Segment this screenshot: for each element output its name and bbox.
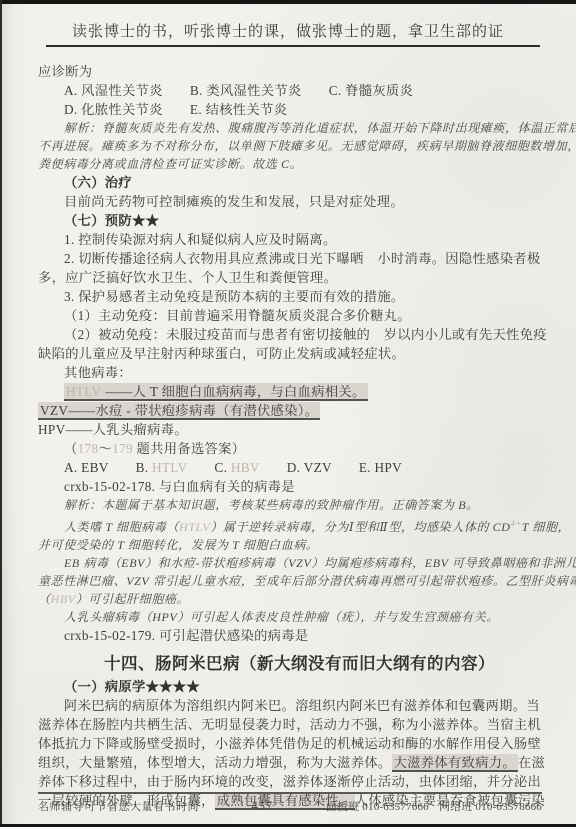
text-segment: （七）预防★★ xyxy=(64,213,159,228)
text-line: 2. 切断传播途径病人衣物用具应煮沸或日光下曝晒 小时消毒。因隐性感染者极 xyxy=(38,249,542,268)
text-segment: 粪便病毒分离或血清检查可证实诊断。故选 C。 xyxy=(38,157,302,171)
text-line: 养体下移过程中，由于肠内环境的改变，滋养体逐渐停止活动，虫体团缩，并分泌出 xyxy=(38,772,542,791)
text-segment: A. 风湿性关节炎 B. 类风湿性关节炎 C. 脊髓灰质炎 xyxy=(64,83,413,98)
text-segment: 缺陷的儿童应及早注射丙种球蛋白，可防止发病或减轻症状。 xyxy=(38,346,405,361)
text-line: 阿米巴病的病原体为溶组织内阿米巴。溶组织内阿米巴有滋养体和包囊两期。当 xyxy=(38,696,542,715)
text-line: 体抵抗力下降或肠壁受损时，小滋养体凭借伪足的机械运动和酶的水解作用侵入肠壁 xyxy=(38,734,542,753)
text-segment: A. EBV B. xyxy=(64,460,152,475)
text-segment: EB 病毒（EBV）和水痘-带状疱疹病毒（VZV）均属疱疹病毒科，EBV 可导致… xyxy=(64,556,576,570)
footer-rule xyxy=(38,792,542,794)
text-segment: 组织，大量繁殖，体型增大，活动力增强，称为大滋养体。 xyxy=(38,755,392,770)
text-line: （七）预防★★ xyxy=(38,211,542,230)
text-segment: （六）治疗 xyxy=(64,175,132,190)
text-line: （178～179 题共用备选答案） xyxy=(38,439,542,458)
text-line: （2）被动免疫：未服过疫苗而与患者有密切接触的 岁以内小儿或有先天性免疫 xyxy=(38,325,542,344)
text-segment: 体抵抗力下降或肠壁受损时，小滋养体凭借伪足的机械运动和酶的水解作用侵入肠壁 xyxy=(38,736,541,751)
text-line: A. EBV B. HTLV C. HBV D. VZV E. HPV xyxy=(38,458,542,477)
text-line: 人类嗜 T 细胞病毒（HTLV）属于逆转录病毒，分为Ⅰ型和Ⅱ型，均感染人体的 C… xyxy=(38,514,542,536)
highlighted-text: HTLV xyxy=(64,383,103,401)
text-line: 组织，大量繁殖，体型增大，活动力增强，称为大滋养体。大滋养体有致病力。在滋 xyxy=(38,753,542,772)
text-line: 3. 保护易感者主动免疫是预防本病的主要而有效的措施。 xyxy=(38,287,542,306)
footer-phone-online: 网络班 010-63578666 xyxy=(439,798,542,814)
text-segment: D. VZV E. HPV xyxy=(260,460,402,475)
page-header-slogan: 读张博士的书，听张博士的课，做张博士的题，拿卫生部的证 xyxy=(0,20,576,41)
header-rule xyxy=(46,45,540,47)
text-line: 1. 控制传染源对病人和疑似病人应及时隔离。 xyxy=(38,230,542,249)
text-segment: crxb-15-02-178. 与白血病有关的病毒是 xyxy=(64,479,295,494)
text-segment: 3. 保护易感者主动免疫是预防本病的主要而有效的措施。 xyxy=(64,289,405,304)
text-segment: HPV——人乳头瘤病毒。 xyxy=(38,422,188,437)
highlighted-text: 大滋养体有致病力。 xyxy=(392,754,518,772)
text-segment: 解析：本题属于基本知识题，考核某些病毒的致肿瘤作用。正确答案为 B。 xyxy=(64,498,479,512)
text-segment: HTLV xyxy=(152,460,187,475)
text-segment: ）属于逆转录病毒，分为Ⅰ型和Ⅱ型，均感染人体的 CD xyxy=(210,520,510,534)
text-line: 缺陷的儿童应及早注射丙种球蛋白，可防止发病或减轻症状。 xyxy=(38,344,542,363)
text-line: （HBV）可引起肝细胞癌。 xyxy=(38,590,542,608)
text-line: crxb-15-02-179. 可引起潜伏感染的病毒是 xyxy=(38,626,542,645)
text-segment: 人类嗜 T 细胞病毒（ xyxy=(64,520,179,534)
text-segment: 其他病毒： xyxy=(64,365,132,380)
text-segment: 养体下移过程中，由于肠内环境的改变，滋养体逐渐停止活动，虫体团缩，并分泌出 xyxy=(38,774,541,789)
text-line: 并可使受染的 T 细胞转化，发展为 T 细胞白血病。 xyxy=(38,536,542,554)
footer-phone-onsite: 面授班 010-63577666 xyxy=(326,798,429,814)
footer-page-number: 457 xyxy=(199,799,326,814)
scan-edge-left xyxy=(0,0,2,827)
text-line: 粪便病毒分离或血清检查可证实诊断。故选 C。 xyxy=(38,155,542,173)
text-segment: 在滋 xyxy=(518,755,545,770)
text-segment: 多，应广泛搞好饮水卫生、个人卫生和粪便管理。 xyxy=(38,270,337,285)
text-line: （1）主动免疫：目前普遍采用脊髓灰质炎混合多价糖丸。 xyxy=(38,306,542,325)
highlighted-text: VZV——水痘 - 带状疱疹病毒（有潜伏感染）。 xyxy=(38,402,320,420)
text-line: 滋养体在肠腔内共栖生活、无明显侵袭力时，活动力不强，称为小滋养体。当宿主机 xyxy=(38,715,542,734)
text-segment: （1）主动免疫：目前普遍采用脊髓灰质炎混合多价糖丸。 xyxy=(64,308,411,323)
text-line: A. 风湿性关节炎 B. 类风湿性关节炎 C. 脊髓灰质炎 xyxy=(38,81,542,100)
page-footer: 名师辅导可节省您大量看书时间 457 面授班 010-63577666 网络班 … xyxy=(38,798,542,814)
text-segment: （一）病原学★★★★ xyxy=(64,679,200,694)
text-segment: 童恶性淋巴瘤、VZV 常引起儿童水痘，至成年后部分潜伏病毒再燃可引起带状疱疹。乙… xyxy=(38,574,576,588)
highlighted-line-htlv: HTLV——人 T 细胞白血病病毒，与白血病相关。 xyxy=(38,382,542,401)
text-line: crxb-15-02-178. 与白血病有关的病毒是 xyxy=(38,477,542,496)
document-body: 应诊断为A. 风湿性关节炎 B. 类风湿性关节炎 C. 脊髓灰质炎D. 化脓性关… xyxy=(38,62,542,810)
text-segment: （2）被动免疫：未服过疫苗而与患者有密切接触的 岁以内小儿或有先天性免疫 xyxy=(64,327,547,342)
text-segment: 题共用备选答案） xyxy=(133,441,245,456)
text-line: 童恶性淋巴瘤、VZV 常引起儿童水痘，至成年后部分潜伏病毒再燃可引起带状疱疹。乙… xyxy=(38,572,542,590)
highlighted-line-vzv: VZV——水痘 - 带状疱疹病毒（有潜伏感染）。 xyxy=(38,401,542,420)
text-line: 其他病毒： xyxy=(38,363,542,382)
text-segment: （ xyxy=(38,592,51,606)
text-line: EB 病毒（EBV）和水痘-带状疱疹病毒（VZV）均属疱疹病毒科，EBV 可导致… xyxy=(38,554,542,572)
text-segment: ）可引起肝细胞癌。 xyxy=(76,592,189,606)
text-line: 解析：本题属于基本知识题，考核某些病毒的致肿瘤作用。正确答案为 B。 xyxy=(38,496,542,514)
footer-left-text: 名师辅导可节省您大量看书时间 xyxy=(38,798,199,814)
text-segment: 不再进展。瘫痪多为不对称分布，以单侧下肢瘫多见。无感觉障碍，疾病早期脑脊液细胞数… xyxy=(38,139,576,153)
footer-contacts: 面授班 010-63577666 网络班 010-63578666 xyxy=(326,798,542,814)
text-segment: 应诊断为 xyxy=(38,64,92,79)
text-line: 人乳头瘤病毒（HPV）可引起人体表皮良性肿瘤（疣），并与发生宫颈癌有关。 xyxy=(38,608,542,626)
text-segment: 滋养体在肠腔内共栖生活、无明显侵袭力时，活动力不强，称为小滋养体。当宿主机 xyxy=(38,717,541,732)
scan-edge-top xyxy=(0,0,576,4)
text-segment: HBV xyxy=(51,592,76,606)
text-segment: （ xyxy=(64,441,78,456)
text-segment: 178 xyxy=(78,441,99,456)
text-segment: 阿米巴病的病原体为溶组织内阿米巴。溶组织内阿米巴有滋养体和包囊两期。当 xyxy=(64,698,540,713)
section-title: 十四、肠阿米巴病（新大纲没有而旧大纲有的内容） xyxy=(38,651,542,677)
text-segment: 十四、肠阿米巴病（新大纲没有而旧大纲有的内容） xyxy=(104,654,495,673)
text-segment: crxb-15-02-179. 可引起潜伏感染的病毒是 xyxy=(64,628,308,643)
text-segment: 解析：脊髓灰质炎先有发热、腹痛腹泻等消化道症状，体温开始下降时出现瘫痪，体温正常… xyxy=(64,121,576,135)
text-segment: 179 xyxy=(112,441,133,456)
text-segment: ～ xyxy=(98,441,112,456)
highlighted-text: ——人 T 细胞白血病病毒，与白血病相关。 xyxy=(103,383,367,401)
scanned-page: 读张博士的书，听张博士的课，做张博士的题，拿卫生部的证 应诊断为A. 风湿性关节… xyxy=(0,0,576,827)
text-segment: C. xyxy=(187,460,231,475)
text-line: 解析：脊髓灰质炎先有发热、腹痛腹泻等消化道症状，体温开始下降时出现瘫痪，体温正常… xyxy=(38,119,542,137)
text-line: 多，应广泛搞好饮水卫生、个人卫生和粪便管理。 xyxy=(38,268,542,287)
text-line: D. 化脓性关节炎 E. 结核性关节炎 xyxy=(38,100,542,119)
text-line: HPV——人乳头瘤病毒。 xyxy=(38,420,542,439)
text-line: 不再进展。瘫痪多为不对称分布，以单侧下肢瘫多见。无感觉障碍，疾病早期脑脊液细胞数… xyxy=(38,137,542,155)
text-segment: HBV xyxy=(231,460,260,475)
text-line: 目前尚无药物可控制瘫痪的发生和发展，只是对症处理。 xyxy=(38,192,542,211)
text-line: 应诊断为 xyxy=(38,62,542,81)
text-segment: 目前尚无药物可控制瘫痪的发生和发展，只是对症处理。 xyxy=(64,194,404,209)
text-segment: 并可使受染的 T 细胞转化，发展为 T 细胞白血病。 xyxy=(38,538,319,552)
text-segment: HTLV xyxy=(179,520,210,534)
text-segment: 4+ xyxy=(511,518,522,528)
text-segment: 1. 控制传染源对病人和疑似病人应及时隔离。 xyxy=(64,232,337,247)
text-segment: T 细胞， xyxy=(522,520,570,534)
text-segment: 人乳头瘤病毒（HPV）可引起人体表皮良性肿瘤（疣），并与发生宫颈癌有关。 xyxy=(64,610,499,624)
text-segment: 2. 切断传播途径病人衣物用具应煮沸或日光下曝晒 小时消毒。因隐性感染者极 xyxy=(64,251,541,266)
text-line: （一）病原学★★★★ xyxy=(38,677,542,696)
text-line: （六）治疗 xyxy=(38,173,542,192)
text-segment: D. 化脓性关节炎 E. 结核性关节炎 xyxy=(64,102,287,117)
